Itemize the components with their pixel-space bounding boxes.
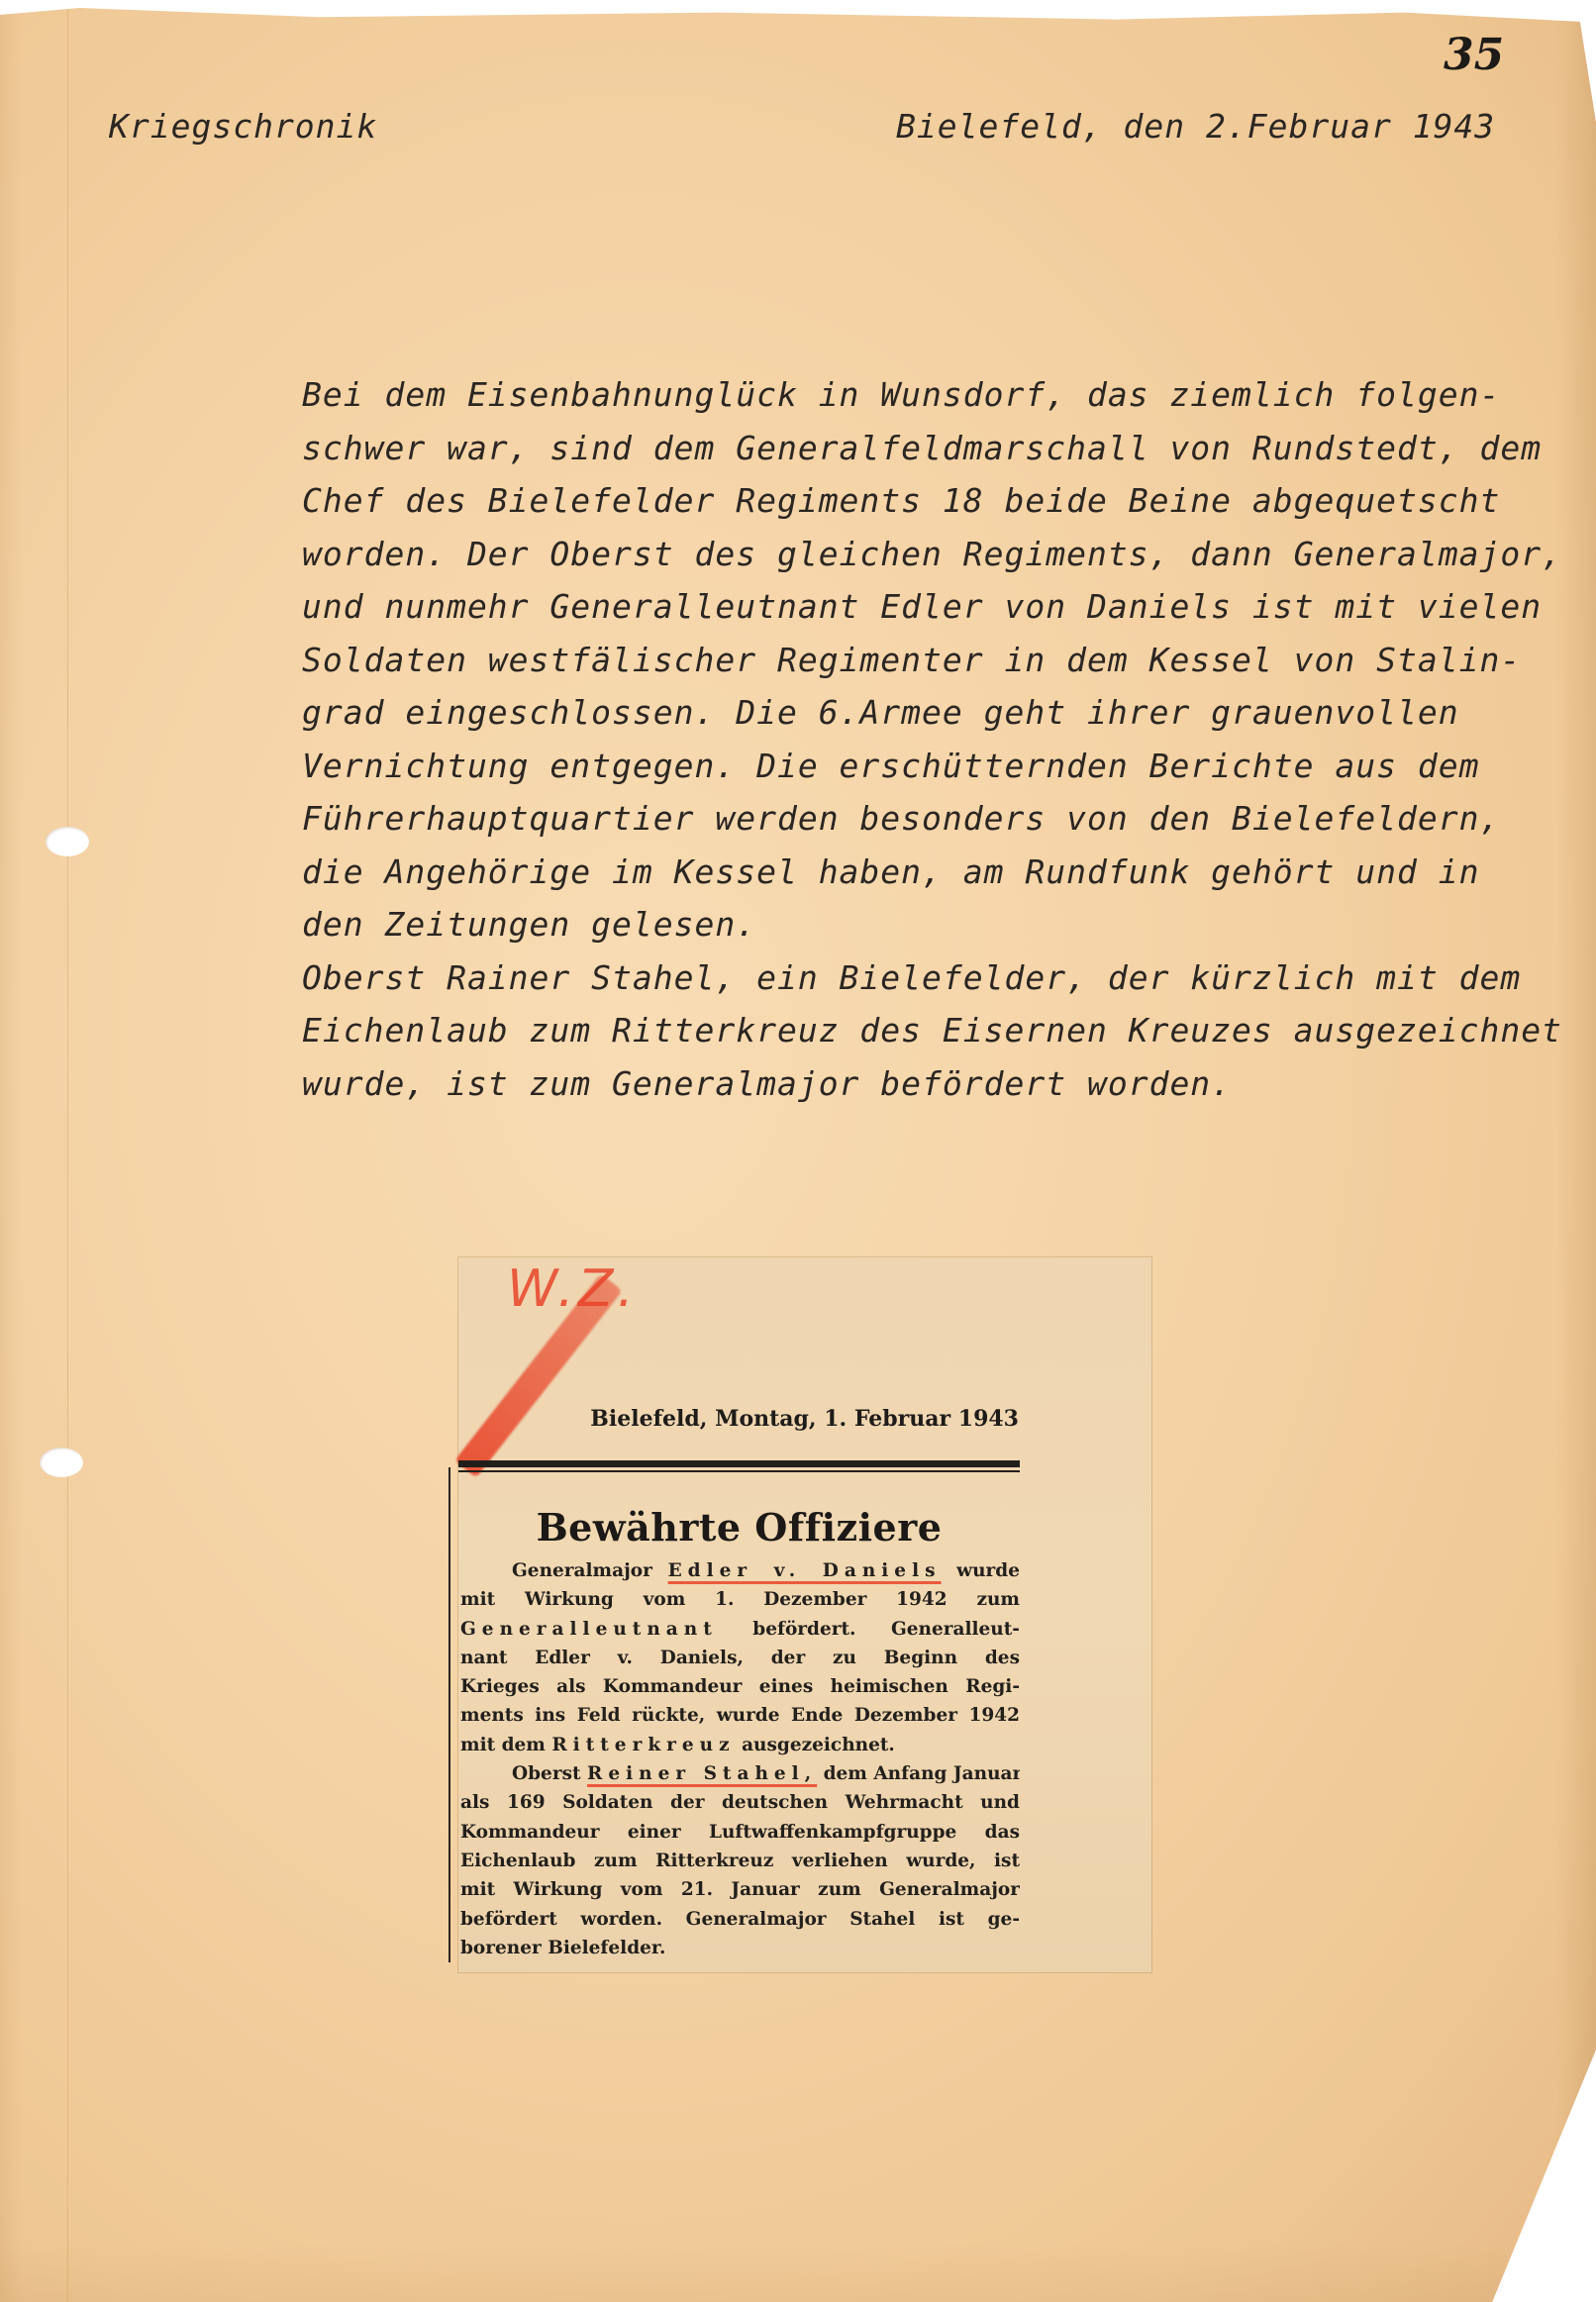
page-number: 35: [1444, 30, 1504, 80]
article-line: Eichenlaub zum Ritterkreuz verliehen wur…: [460, 1847, 1020, 1875]
underlined-name: Reiner Stahel,: [587, 1763, 817, 1784]
article-text: ausgezeichnet.: [736, 1735, 895, 1755]
body-line: worden. Der Oberst des gleichen Regiment…: [302, 528, 1562, 581]
body-line: Vernichtung entgegen. Die erschütternden…: [302, 740, 1562, 793]
article-text: Generalleutnant: [460, 1619, 718, 1640]
article-line: Generalmajor Edler v. Daniels wurde: [460, 1556, 1020, 1585]
body-line: Bei dem Eisenbahnunglück in Wunsdorf, da…: [302, 368, 1562, 422]
article-line: Krieges als Kommandeur eines heimischen …: [460, 1672, 1020, 1701]
article-text: mit dem: [460, 1735, 551, 1755]
article-text: wurde: [942, 1560, 1020, 1581]
body-line: schwer war, sind dem Generalfeldmarschal…: [302, 422, 1562, 475]
article-line: mit Wirkung vom 21. Januar zum Generalma…: [460, 1875, 1020, 1904]
article-text: Oberst: [512, 1763, 587, 1784]
body-line: und nunmehr Generalleutnant Edler von Da…: [302, 580, 1562, 634]
underlined-name: Edler v. Daniels: [668, 1560, 942, 1581]
body-line: grad eingeschlossen. Die 6.Armee geht ih…: [302, 686, 1562, 740]
typed-body: Bei dem Eisenbahnunglück in Wunsdorf, da…: [302, 368, 1562, 1110]
body-line: Chef des Bielefelder Regiments 18 beide …: [302, 474, 1562, 528]
article-line: Kommandeur einer Luftwaffenkampfgruppe d…: [460, 1818, 1020, 1847]
column-rule: [449, 1467, 450, 1962]
body-line: die Angehörige im Kessel haben, am Rundf…: [302, 846, 1562, 899]
body-line: Eichenlaub zum Ritterkreuz des Eisernen …: [302, 1004, 1562, 1057]
body-line: den Zeitungen gelesen.: [302, 898, 1562, 951]
article-line: mit Wirkung vom 1. Dezember 1942 zum: [460, 1585, 1020, 1614]
punch-hole-lower: [40, 1448, 83, 1477]
article-line: Generalleutnant befördert. Generalleut-: [460, 1615, 1020, 1644]
article-line: Oberst Reiner Stahel, dem Anfang Januar: [460, 1759, 1020, 1788]
article-line: borener Bielefelder.: [460, 1934, 1020, 1962]
article-line: als 169 Soldaten der deutschen Wehrmacht…: [460, 1788, 1020, 1817]
article-text: Generalmajor: [512, 1560, 668, 1581]
article-line: ments ins Feld rückte, wurde Ende Dezemb…: [460, 1701, 1020, 1730]
body-line: Oberst Rainer Stahel, ein Bielefelder, d…: [302, 951, 1562, 1005]
place-date-line: Bielefeld, den 2.Februar 1943: [896, 107, 1495, 146]
article-line: mit dem Ritterkreuz ausgezeichnet.: [460, 1731, 1020, 1759]
masthead-rule: [458, 1460, 1020, 1467]
article-line: befördert worden. Generalmajor Stahel is…: [460, 1905, 1020, 1934]
body-line: Soldaten westfälischer Regimenter in dem…: [302, 634, 1562, 687]
article-headline: Bewährte Offiziere: [458, 1505, 1020, 1550]
article-text: befördert. Generalleut-: [718, 1619, 1020, 1640]
source-annotation: W.Z.: [507, 1259, 638, 1319]
newspaper-masthead: Bielefeld, Montag, 1. Februar 1943: [546, 1406, 1019, 1432]
body-line: wurde, ist zum Generalmajor befördert wo…: [302, 1057, 1562, 1111]
paper-crease: [67, 8, 68, 2302]
article-text: Ritterkreuz: [551, 1735, 735, 1755]
article-text: dem Anfang Januar: [817, 1763, 1020, 1784]
article-body: Generalmajor Edler v. Daniels wurde mit …: [460, 1556, 1020, 1962]
body-line: Führerhauptquartier werden besonders von…: [302, 792, 1562, 846]
masthead-rule-thin: [458, 1470, 1020, 1472]
punch-hole-upper: [46, 827, 89, 856]
article-line: nant Edler v. Daniels, der zu Beginn des: [460, 1644, 1020, 1672]
chronicle-title: Kriegschronik: [109, 107, 377, 146]
